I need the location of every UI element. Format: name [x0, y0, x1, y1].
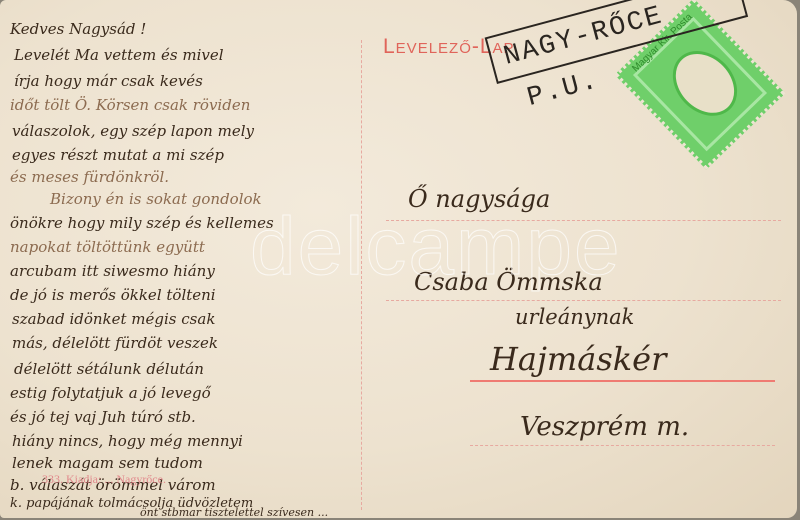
message-line: napokat töltöttünk együtt [10, 238, 205, 256]
message-line: délelött sétálunk délután [14, 360, 204, 378]
message-line: Levelét Ma vettem és mivel [14, 46, 224, 64]
message-line: és meses fürdönkröl. [10, 168, 169, 186]
watermark: delcampe [250, 200, 622, 294]
message-line: írja hogy már csak kevés [14, 72, 203, 90]
address-line-rule [470, 445, 775, 446]
postcard: Levelező-Lap Kedves Nagysád ! Levelét Ma… [0, 0, 797, 518]
message-line: Kedves Nagysád ! [10, 20, 146, 38]
message-line: de jó is merős ökkel tölteni [10, 286, 216, 304]
address-title: urleánynak [515, 305, 634, 329]
message-line: és jó tej vaj Juh túró stb. [10, 408, 196, 426]
address-line-rule [386, 300, 781, 301]
postmark-cancel-text: P.U. [524, 66, 602, 114]
message-line: önt stbmar tisztelettel szívesen ... [140, 506, 328, 518]
message-line: hiány nincs, hogy még mennyi [12, 432, 243, 450]
address-county: Veszprém m. [520, 412, 689, 442]
address-town: Hajmáskér [490, 340, 666, 378]
message-line: arcubam itt siwesmo hiány [10, 262, 215, 280]
message-line: szabad idönket mégis csak [12, 310, 215, 328]
message-line: válaszolok, egy szép lapon mely [12, 122, 254, 140]
message-line: Bizony én is sokat gondolok [50, 190, 262, 208]
message-line: időt tölt Ö. Körsen csak röviden [10, 96, 250, 114]
address-line-rule [470, 380, 775, 382]
message-line: más, délelött fürdöt veszek [12, 334, 218, 352]
message-line: önökre hogy mily szép és kellemes [10, 214, 274, 232]
message-line: egyes részt mutat a mi szép [12, 146, 224, 164]
message-line: lenek magam sem tudom [12, 454, 203, 472]
publisher-imprint: 333. Kiadja: ... Nagyrőce. [42, 472, 166, 487]
message-line: estig folytatjuk a jó levegő [10, 384, 211, 402]
